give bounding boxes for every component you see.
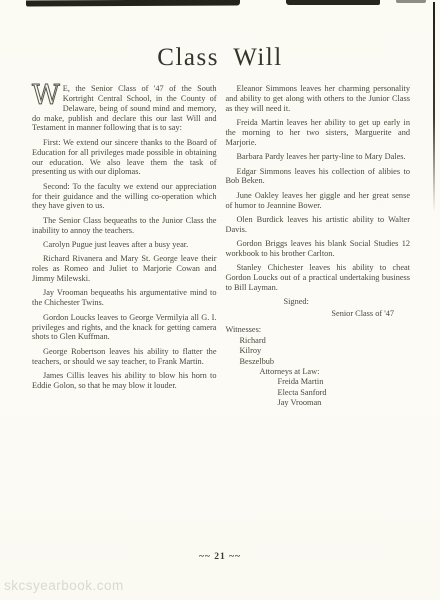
paragraph: Olen Burdick leaves his artistic ability… [226, 215, 411, 235]
paragraph: Second: To the faculty we extend our app… [32, 182, 217, 212]
right-column: Eleanor Simmons leaves her charming pers… [226, 84, 411, 409]
scan-artifact-top-right [286, 0, 380, 5]
paragraph: Gordon Briggs leaves his blank Social St… [226, 239, 411, 259]
paragraph: Carolyn Pugue just leaves after a busy y… [32, 240, 217, 250]
paragraph: Richard Rivanera and Mary St. George lea… [32, 254, 217, 284]
page-title: Class Will [0, 0, 440, 72]
paragraph: Edgar Simmons leaves his collection of a… [226, 167, 411, 187]
attorney-name: Electa Sanford [226, 388, 411, 398]
paragraph: Freida Martin leaves her ability to get … [226, 118, 411, 148]
scan-artifact-top-far-right [396, 0, 426, 3]
attorney-name: Jay Vrooman [226, 398, 411, 408]
signed-label: Signed: [226, 297, 411, 307]
drop-cap-initial: W [32, 84, 63, 106]
witnesses-label: Witnesses: [226, 325, 411, 335]
paragraph: First: We extend our sincere thanks to t… [32, 138, 217, 177]
scan-artifact-right-edge [433, 2, 435, 212]
witness-name: Beszelbub [226, 357, 411, 367]
watermark: skcsyearbook.com [4, 578, 124, 593]
paragraph: Gordon Loucks leaves to George Vermilyia… [32, 313, 217, 343]
paragraph: Eleanor Simmons leaves her charming pers… [226, 84, 411, 114]
paragraph: Stanley Chichester leaves his ability to… [226, 263, 411, 293]
yearbook-page: Class Will WE, the Senior Class of '47 o… [0, 0, 440, 600]
opening-paragraph: WE, the Senior Class of '47 of the South… [32, 84, 217, 133]
paragraph: The Senior Class bequeaths to the Junior… [32, 216, 217, 236]
witness-name: Kilroy [226, 346, 411, 356]
page-number: ~~ 21 ~~ [0, 552, 440, 562]
left-column: WE, the Senior Class of '47 of the South… [32, 84, 217, 409]
scan-artifact-top-left [26, 0, 240, 6]
attorneys-label: Attorneys at Law: [226, 367, 411, 377]
paragraph: James Cillis leaves his ability to blow … [32, 371, 217, 391]
paragraph: George Robertson leaves his ability to f… [32, 347, 217, 367]
paragraph: Barbara Pardy leaves her party-line to M… [226, 152, 411, 162]
signed-by: Senior Class of '47 [226, 309, 411, 319]
paragraph: Jay Vrooman bequeaths his argumentative … [32, 288, 217, 308]
witness-name: Richard [226, 336, 411, 346]
text-columns: WE, the Senior Class of '47 of the South… [0, 72, 440, 409]
attorney-name: Freida Martin [226, 377, 411, 387]
paragraph: June Oakley leaves her giggle and her gr… [226, 191, 411, 211]
